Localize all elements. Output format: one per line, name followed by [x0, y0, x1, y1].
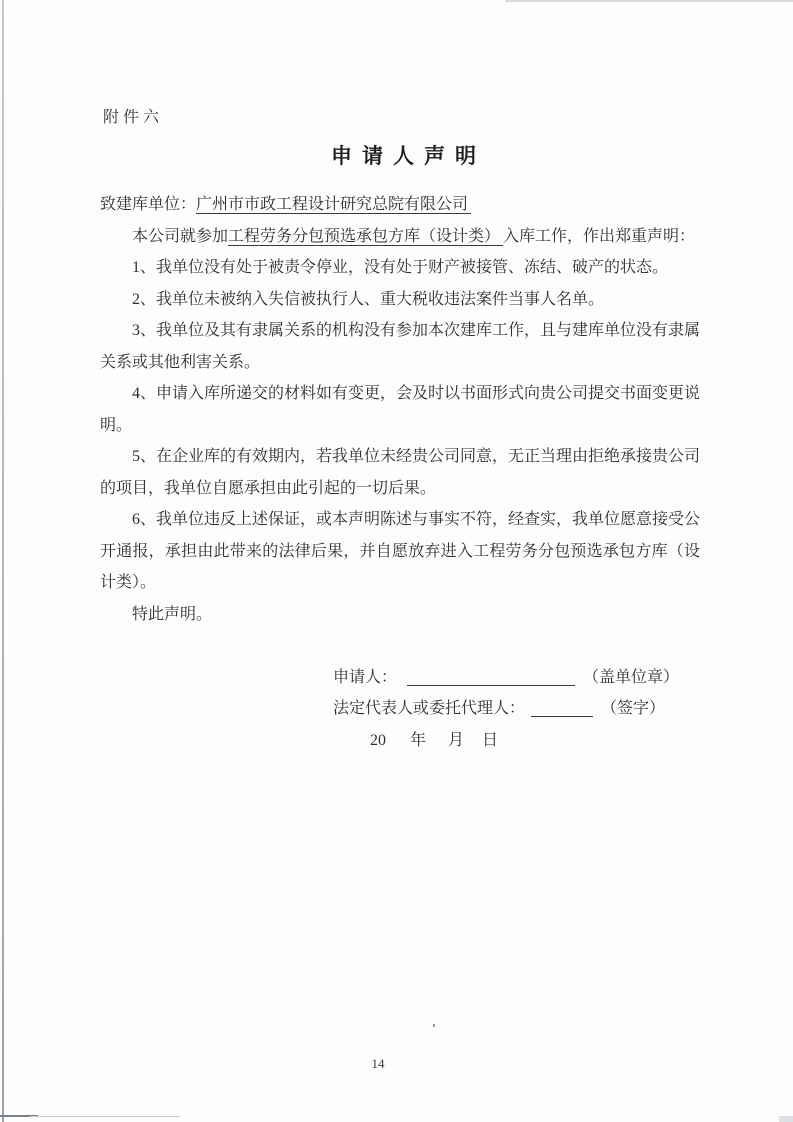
declaration-item-1: 1、我单位没有处于被责令停业，没有处于财产被接管、冻结、破产的状态。: [100, 252, 700, 284]
scan-edge-top-right-line: [505, 0, 793, 2]
representative-signature-row: 法定代表人或委托代理人：（签字）: [100, 693, 700, 725]
declaration-item-3: 3、我单位及其有隶属关系的机构没有参加本次建库工作，且与建库单位没有隶属关系或其…: [100, 315, 700, 378]
document-body: 致建库单位：广州市市政工程设计研究总院有限公司 本公司就参加工程劳务分包预选承包…: [100, 189, 700, 756]
attachment-label: 附件六: [103, 104, 163, 127]
date-year-unit: 年: [410, 732, 426, 749]
closing-statement: 特此声明。: [100, 599, 700, 631]
date-row: 20年月日: [100, 725, 700, 757]
intro-text-pre: 本公司就参加: [132, 228, 228, 245]
date-day-unit: 日: [482, 732, 498, 749]
document-page: 附件六 申请人声明 致建库单位：广州市市政工程设计研究总院有限公司 本公司就参加…: [0, 0, 793, 1122]
addressee-line: 致建库单位：广州市市政工程设计研究总院有限公司: [100, 189, 700, 221]
date-year-value: 20: [370, 732, 386, 749]
applicant-label: 申请人：: [333, 669, 397, 686]
addressee-company: 广州市市政工程设计研究总院有限公司: [196, 196, 471, 214]
page-title: 申请人声明: [331, 140, 486, 170]
representative-label: 法定代表人或委托代理人：: [333, 700, 525, 717]
declaration-item-4: 4、申请入库所递交的材料如有变更，会及时以书面形式向贵公司提交书面变更说明。: [100, 378, 700, 441]
scan-speck: [433, 1024, 435, 1027]
addressee-label: 致建库单位：: [100, 196, 196, 213]
date-month-unit: 月: [448, 732, 464, 749]
intro-text-post: 入库工作，作出郑重声明：: [503, 228, 695, 245]
page-number: 14: [0, 1056, 756, 1072]
scan-corner-bottom-right-patch: [779, 1116, 793, 1122]
applicant-signature-blank: [407, 685, 575, 686]
representative-sign-note: （签字）: [601, 700, 665, 717]
declaration-item-2: 2、我单位未被纳入失信被执行人、重大税收违法案件当事人名单。: [100, 284, 700, 316]
representative-signature-blank: [531, 716, 593, 717]
declaration-item-6: 6、我单位违反上述保证，或本声明陈述与事实不符，经查实，我单位愿意接受公开通报，…: [100, 504, 700, 599]
intro-paragraph: 本公司就参加工程劳务分包预选承包方库（设计类）入库工作，作出郑重声明：: [100, 221, 700, 253]
declaration-item-5: 5、在企业库的有效期内，若我单位未经贵公司同意，无正当理由拒绝承接贵公司的项目，…: [100, 441, 700, 504]
applicant-seal-note: （盖单位章）: [583, 669, 679, 686]
scan-edge-left-line: [2, 0, 4, 1122]
intro-program-name: 工程劳务分包预选承包方库（设计类）: [228, 228, 503, 246]
applicant-signature-row: 申请人：（盖单位章）: [100, 662, 700, 694]
blank-line-spacer: [100, 630, 700, 662]
scan-edge-bottom-faint-line: [30, 1116, 180, 1117]
